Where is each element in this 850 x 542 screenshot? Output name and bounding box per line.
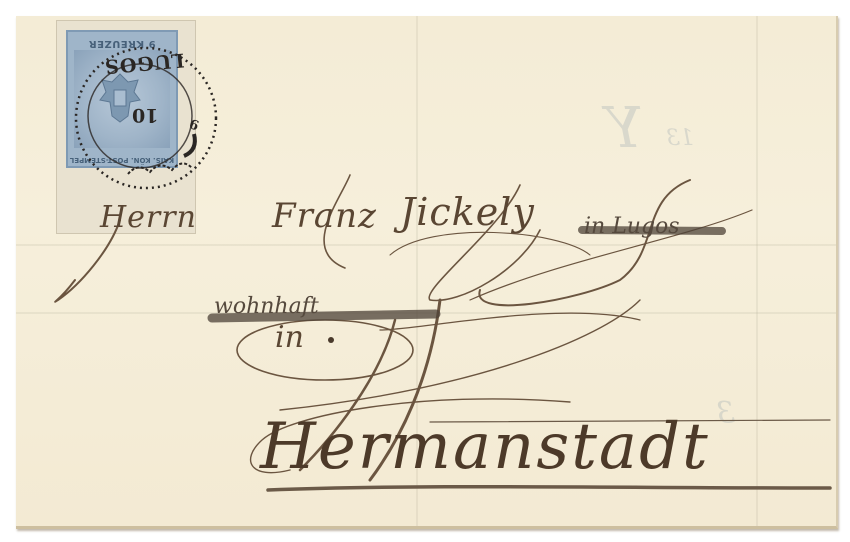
destination-city-text: Hermanstadt <box>260 410 710 484</box>
struck-out-text: in Lugos <box>584 214 680 239</box>
surname-text: Jickely <box>400 190 535 234</box>
first-name-text: Franz <box>272 196 377 236</box>
preposition-text: in <box>275 320 304 355</box>
struck-out-text: wohnhaft <box>214 294 319 319</box>
salutation-text: Herrn <box>100 200 197 235</box>
